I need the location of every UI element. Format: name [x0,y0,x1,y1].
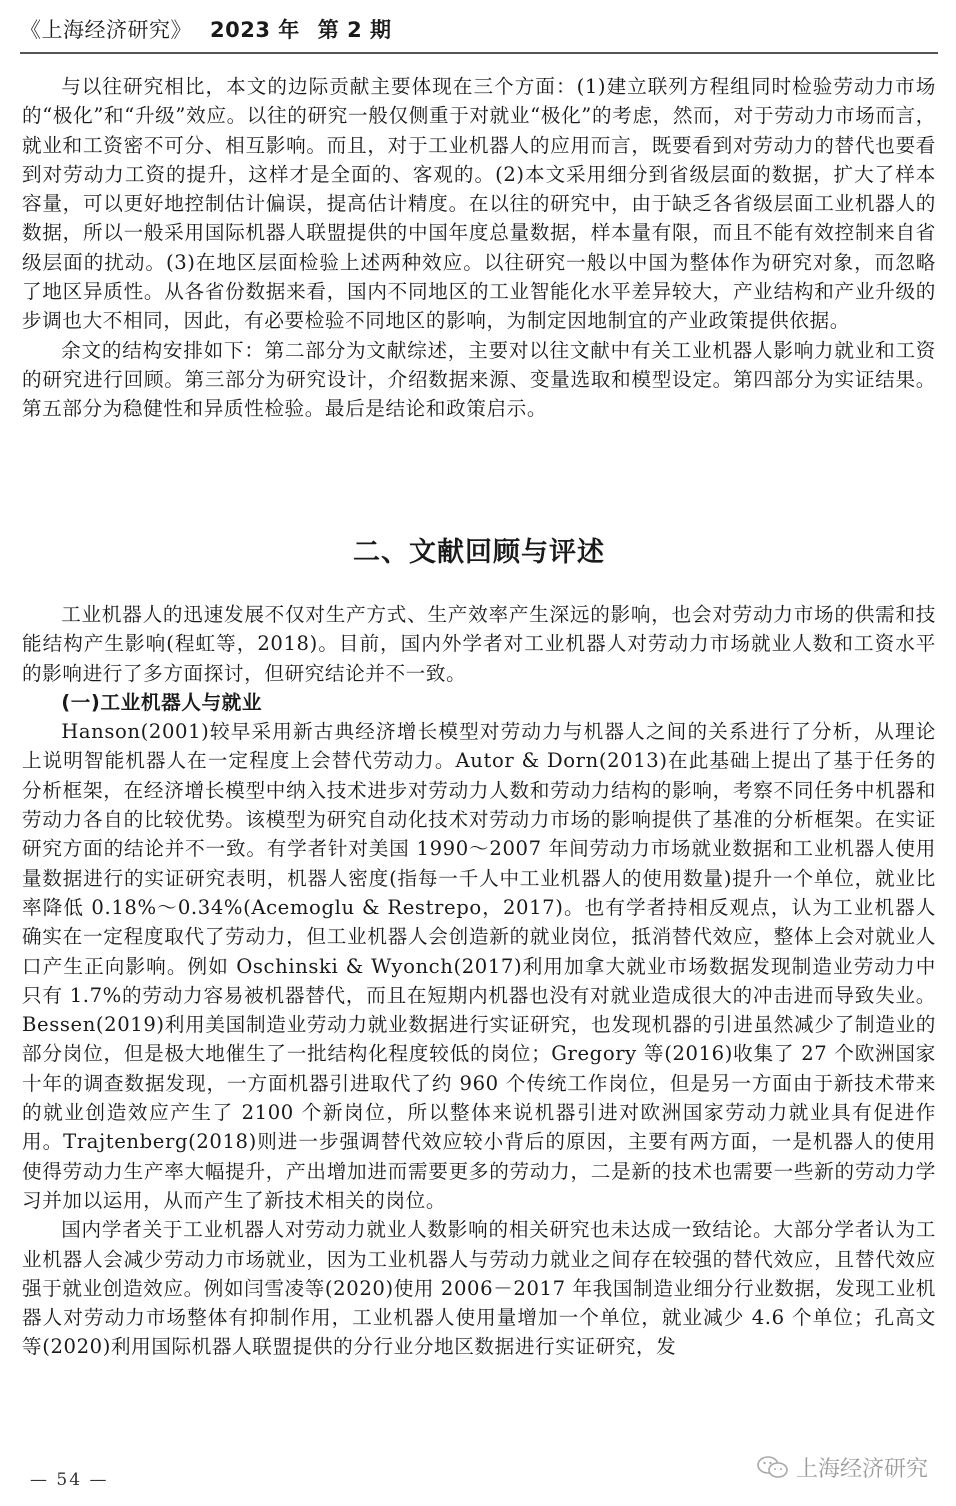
running-header: 《上海经济研究》2023 年第 2 期 [20,14,392,44]
section-heading-wrap: 二、文献回顾与评述 [22,530,936,569]
paragraph-foreign-studies: Hanson(2001)较早采用新古典经济增长模型对劳动力与机器人之间的关系进行… [22,717,936,1215]
paragraph-structure: 余文的结构安排如下：第二部分为文献综述，主要对以往文献中有关工业机器人影响力就业… [22,336,936,424]
journal-issue: 第 2 期 [318,18,392,42]
paragraph-domestic-studies: 国内学者关于工业机器人对劳动力就业人数影响的相关研究也未达成一致结论。大部分学者… [22,1215,936,1361]
section-title: 二、文献回顾与评述 [22,530,936,569]
header-divider [20,52,938,54]
subsection-title: (一)工业机器人与就业 [22,688,936,717]
watermark: 上海经济研究 [756,1452,928,1483]
journal-year: 2023 年 [210,18,300,42]
intro-text: 与以往研究相比，本文的边际贡献主要体现在三个方面：(1)建立联列方程组同时检验劳… [22,72,936,424]
journal-name: 《上海经济研究》 [20,18,192,42]
watermark-text: 上海经济研究 [796,1452,928,1483]
wechat-icon [756,1455,790,1481]
paragraph-contributions: 与以往研究相比，本文的边际贡献主要体现在三个方面：(1)建立联列方程组同时检验劳… [22,72,936,336]
section-lead-paragraph: 工业机器人的迅速发展不仅对生产方式、生产效率产生深远的影响，也会对劳动力市场的供… [22,600,936,688]
section-body: 工业机器人的迅速发展不仅对生产方式、生产效率产生深远的影响，也会对劳动力市场的供… [22,600,936,1362]
page-number: — 54 — [30,1470,108,1490]
